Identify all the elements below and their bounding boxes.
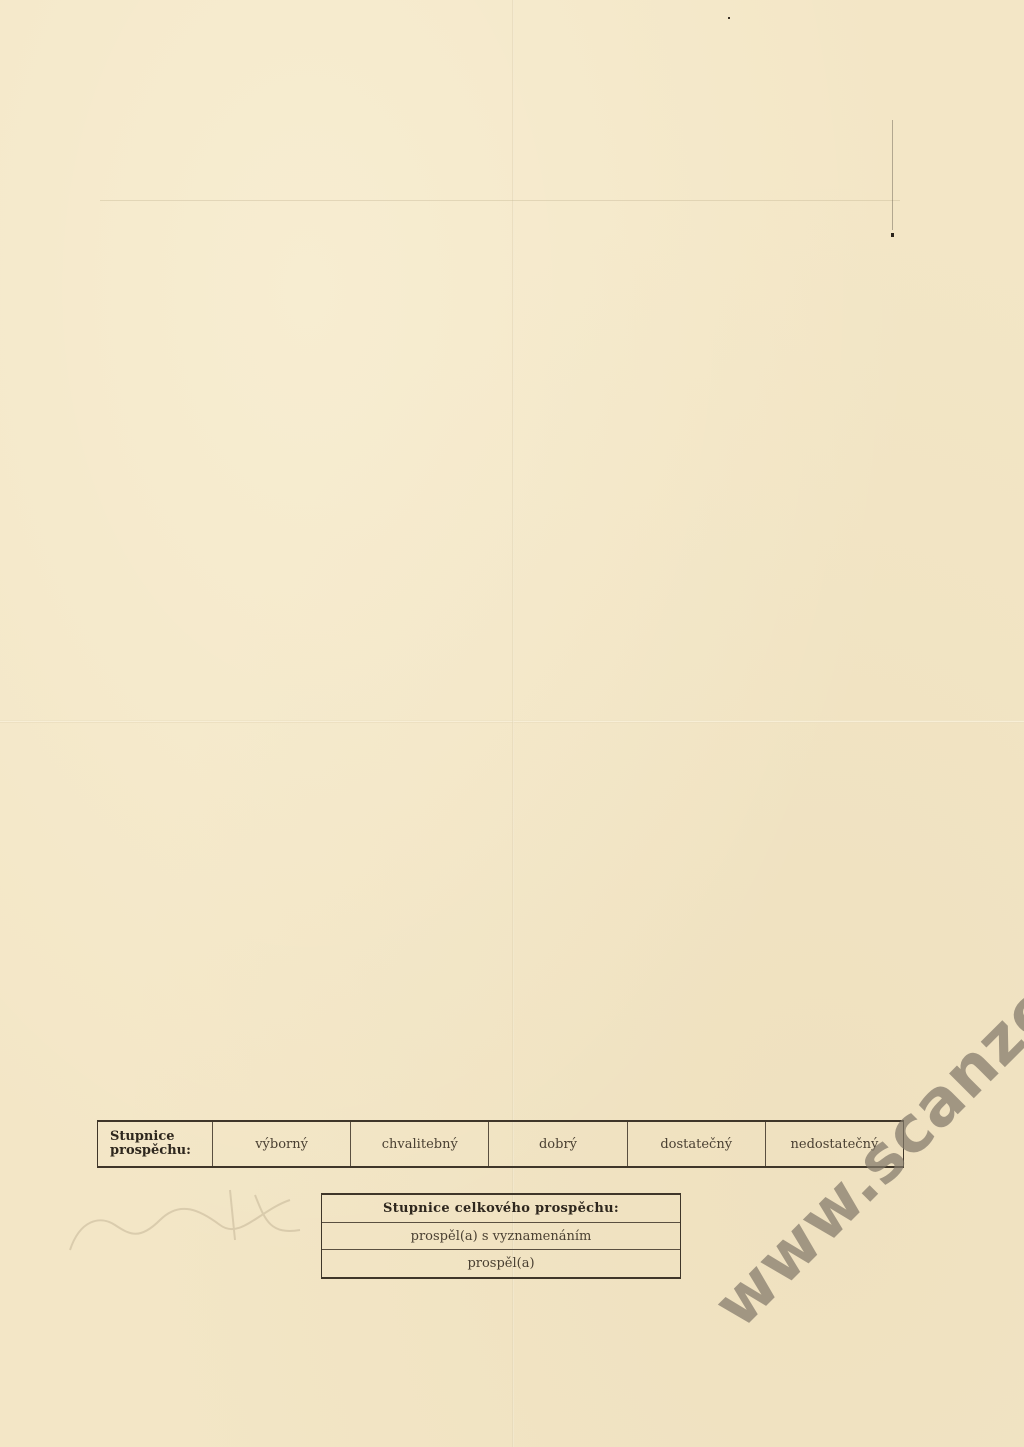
grading-scale-heading-line2: prospěchu: [110, 1144, 212, 1158]
overall-result-scale-table: Stupnice celkového prospěchu: prospěl(a)… [321, 1193, 681, 1279]
overall-scale-heading: Stupnice celkového prospěchu: [322, 1195, 680, 1223]
grading-scale-table: Stupnice prospěchu: výborný chvalitebný … [97, 1120, 904, 1168]
margin-line-mark [892, 120, 893, 230]
grading-scale-heading: Stupnice prospěchu: [98, 1122, 213, 1166]
ink-speck [728, 17, 730, 19]
faint-signature-show-through [60, 1180, 320, 1270]
show-through-line [100, 200, 900, 201]
margin-dot-mark [891, 233, 894, 237]
overall-result-row: prospěl(a) [322, 1250, 680, 1277]
grading-scale-heading-line1: Stupnice [110, 1130, 212, 1144]
overall-result-row: prospěl(a) s vyznamenáním [322, 1223, 680, 1251]
grade-cell: výborný [213, 1122, 351, 1166]
grade-cell: chvalitebný [351, 1122, 489, 1166]
watermark-text: www.scanzen.cz [700, 864, 1024, 1342]
grade-cell: dostatečný [628, 1122, 766, 1166]
grade-cell: dobrý [489, 1122, 627, 1166]
